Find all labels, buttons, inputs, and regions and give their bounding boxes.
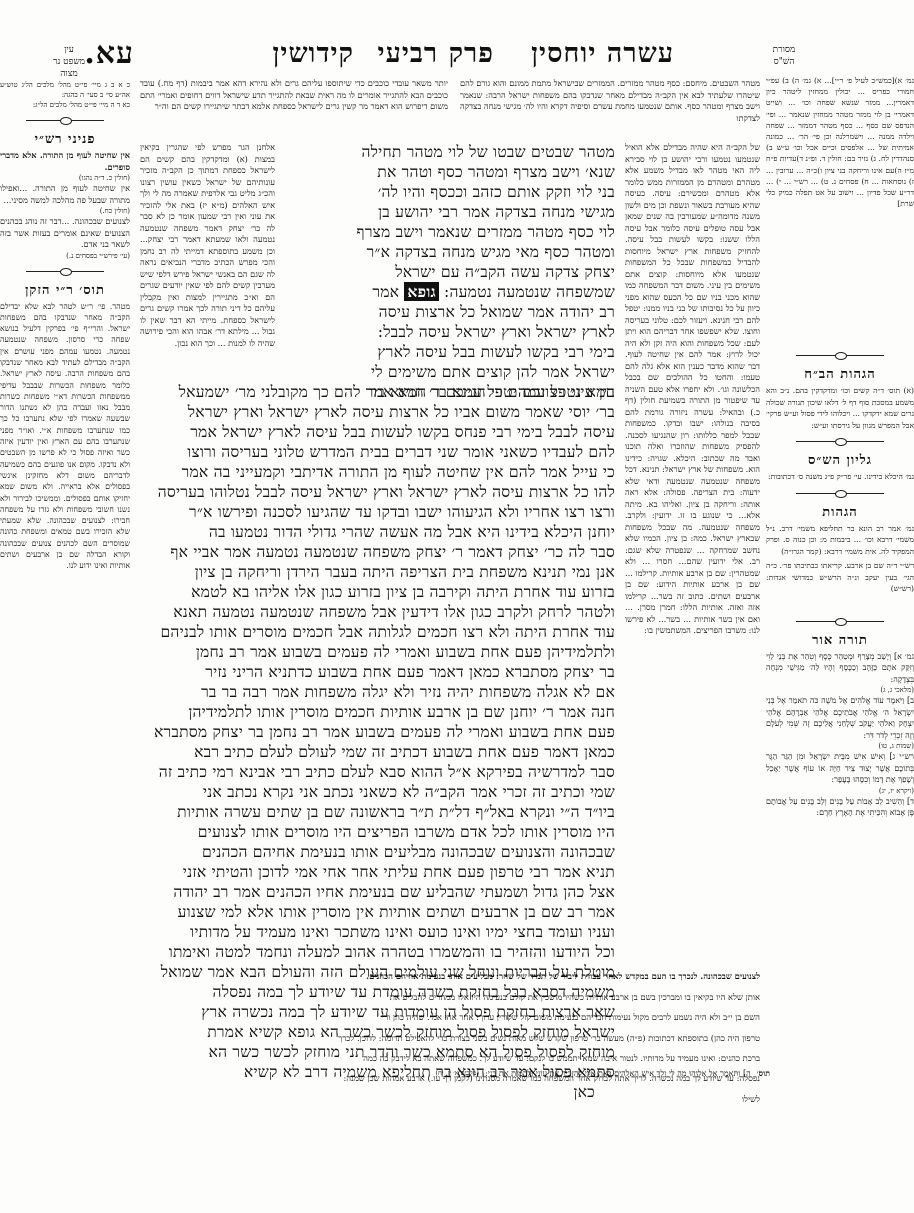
gemara-line: להו כל ארצות עיסה לארץ ישראל וארץ ישראל …	[140, 482, 615, 502]
tosafot-column: אלחנן הגר מפרש לפי שהגרין בקיאין במצות (…	[140, 142, 275, 362]
footer-verse: תוס׳ ה] וַתֹּאמֶר אֶל אֵלִיָּהוּ מַה לִּ…	[170, 1068, 770, 1079]
gemara-line: בני לוי וזקק אותם כזהב וככסף והיו לה׳	[285, 182, 615, 202]
gemara-text: אמר	[372, 283, 399, 301]
rashi-column: של הקב״ה היא שהיה מבדילם אלא הואיל שנטמע…	[625, 142, 760, 942]
right-margin: גמ׳ א)[כמש״כ לעיל פ׳ ר״י]... א) גמ׳ ה) ב…	[766, 75, 914, 819]
masoret-hashas-text: גמ׳ א)[כמש״כ לעיל פ׳ ר״י]... א) גמ׳ ה) ב…	[766, 75, 914, 345]
gemara-line: כי עייל אמר להם אין שחיטה לעוף מן התורה …	[140, 462, 615, 482]
gemara-line: להם לעבדיו כשאני אומר שני דברים בבית המד…	[140, 442, 615, 462]
gilyon-hashas-title: גליון הש״ס	[766, 452, 914, 468]
ornament-divider	[766, 617, 914, 626]
gemara-line: וכל היודעו והזהיר בו והמשמרו בטהרה אהוב …	[140, 942, 615, 962]
tosafot-rid-title: תוס׳ ר״י הזקן	[0, 282, 130, 298]
gemara-line: ורצו רצו אחריו ולא הגיעוהו ישבו ובדקו עד…	[140, 502, 615, 522]
hagahot-text: גמ׳ אמר רב הונא בר תחליפא משמי׳ דרב. נ״ל…	[766, 523, 914, 558]
gemara-line: מגישי מנחה בצדקה אמר רבי יהושע בן	[285, 202, 615, 222]
pnei-rashi-source: (חולין כ. ד״ה נהגו)	[0, 173, 130, 183]
pnei-rashi-source: (חולין כח.)	[0, 206, 130, 216]
hagahot-habach-text: (א) תוס׳ ד״ה קשים וכו׳ ומדקדקין בהם. נ״ב…	[766, 385, 914, 431]
rashi-line: טרפון היה כהן) בתוספתא דכתובות (פ״ה) מעש…	[140, 1032, 760, 1044]
gemara-line: חנה אמר ר׳ יוחנן שם בן ארבע אותיות חכמים…	[140, 702, 615, 722]
gemara-line: בר יצחק מסתברא כמאן דאמר פעם אחת בשבוע כ…	[140, 662, 615, 682]
torah-or-title: תורה אור	[766, 632, 914, 648]
pnei-rashi-title: פניני רש״י	[0, 131, 130, 147]
gemara-line: אצל כהן גדול ושמעתי שהבליע שם בנעימת אחי…	[140, 882, 615, 902]
gemara-line: שנא׳ וישב מצרף ומטהר כסף וטהר את	[285, 162, 615, 182]
gemara-line: ומטהר כסף מאי מגיש מנחה בצדקה א״ר	[285, 242, 615, 262]
tosafot-rid-text: מטהר. פי׳ ר״ש לטהר לבא שלא יבדילם הקב״ה …	[0, 301, 130, 572]
gemara-line: אם לא אגלה משפחות יהיה נזיר ולא יגלה משפ…	[140, 682, 615, 702]
gemara-line: שמשפחה שנטמעה נטמעה: גופא אמר	[285, 282, 615, 302]
rashi-bottom: לצנועים שבכהונה. לנכרך בו העם במקדש לאחר…	[140, 962, 760, 1113]
ornament-divider	[0, 267, 130, 276]
gemara-line: רב יהודה אמר שמואל כל ארצות עיסה	[285, 302, 615, 322]
folio-number: עא.	[84, 38, 134, 70]
gemara-line: ולטהר לרחק ולקרב כגון אלו דידעין אבל משפ…	[140, 602, 615, 622]
footer-text: ה] וַתֹּאמֶר אֶל אֵלִיָּהוּ מַה לִּי וָל…	[485, 1068, 751, 1079]
pnei-rashi-entry: לצנועים שבכהונה. ...דבר זה נוהג בכהנים ה…	[0, 216, 130, 251]
rashi-line: לצנועים שבכהונה. לנכרך בו העם במקדש לאחר…	[140, 970, 760, 982]
gemara-line: פעם אחת בשבוע ואמרי לה פעמים בשבוע אמר ר…	[140, 722, 615, 742]
gemara-line: לארץ ישראל וארץ ישראל עיסה לבבל:	[285, 322, 615, 342]
gemara-line: בימי רבי בקשו לעשות בבל עיסה לארץ	[285, 342, 615, 362]
ornament-divider	[766, 489, 914, 498]
gemara-line: שמי וכתיב זה זכרי אמר הקב״ה לא כשאני נכת…	[140, 782, 615, 802]
rashi-top: מטהר השבטים. מיחסם: כסף מטהר ממזרים. הממ…	[460, 78, 760, 124]
torah-or-source: (ויקרא יז, יג)	[766, 786, 914, 796]
gemara-line: ועניו ועומד בחצי ימיו ואינו כועס ואינו מ…	[140, 922, 615, 942]
gemara-line: אמר רב שם בן ארבעים ושתים אותיות אין מוס…	[140, 902, 615, 922]
gemara-line: אנן נמי תנינא משפחת בית הצריפה היתה בעבר…	[140, 562, 615, 582]
pnei-rashi-entry: אין שחיטה לעוף מן התורה. ...ואפילו מתורה…	[0, 183, 130, 206]
gemara-line: ביו״ד ה״י ונקרא באל״ף דל״ת ת״ר בראשונה ש…	[140, 802, 615, 822]
gemara-line: יצחק צדקה עשה הקב״ה עם ישראל	[285, 262, 615, 282]
rashi-line: לשילו	[140, 1093, 760, 1105]
gemara-line: כמאן דאמר פעם אחת בשבוע דכתיב זה שמי לעו…	[140, 742, 615, 762]
gemara-line: ולתלמידיהן פעם אחת בשבוע ואמרי לה פעמים …	[140, 642, 615, 662]
ein-mishpat-entry: כ א ב ג מיי׳ פי״ט מהל׳ מלכים הל׳ג טוש״ע …	[0, 80, 130, 100]
torah-or-entry: רש״י ג] וְאִישׁ אִישׁ מִבֵּית יִשְׂרָאֵל…	[766, 751, 914, 786]
gemara-line: סבר למדרשיה בפירקא א״ל ההוא סבא לעלם כתי…	[140, 762, 615, 782]
ornament-divider	[0, 116, 130, 125]
gilyon-hashas-text: גמ׳ היכלא בידינו. עי׳ פר״ק פ״ג משנה ס׳ ד…	[766, 471, 914, 483]
rashi-line: ברכת כהנים: ואינו מעמיד על מדותיו. לנטור…	[140, 1052, 760, 1064]
gemara-line: חמא נטפל עמהם ר׳ חנינא בר חמא אמר להם כך…	[140, 382, 615, 402]
left-margin: כ א ב ג מיי׳ פי״ט מהל׳ מלכים הל׳ג טוש״ע …	[0, 80, 130, 572]
ein-mishpat-label: עין משפט נר מצוה	[52, 44, 86, 80]
gemara-narrow: מטהר שבטים שבטו של לוי מטהר תחילה שנא׳ ו…	[285, 142, 615, 402]
gemara-line: סבר לה כר׳ יצחק דאמר ר׳ יצחק משפחה שנטמע…	[140, 542, 615, 562]
gemara-line: תניא אמר רבי טרפון פעם אחת עליתי אחר אחי…	[140, 862, 615, 882]
gemara-line: ישראל אמר להן קוצים אתם משימים לי	[285, 362, 615, 382]
gemara-line: היו מוסרין אותו לכל אדם משרבו הפריצים הי…	[140, 822, 615, 842]
gemara-line: יוחנן היכלא בידינו היא אבל מה אעשה שהרי …	[140, 522, 615, 542]
torah-or-entry: ב] וַיֹּאמֶר עוֹד אֱלֹהִים אֶל מֹשֶׁה כֹ…	[766, 695, 914, 741]
footer-source: (מלכים א׳ יז, יח)	[435, 1068, 479, 1079]
hagahot-text-2: רש״י ד״ה שם בן ארבע. קריאתו כבתיבתו פר׳.…	[766, 560, 914, 595]
gemara-line: בר׳ יוסי שאמר משום אביו כל ארצות עיסה לא…	[140, 402, 615, 422]
pnei-rashi-source: (עי׳ פירש״י בפסחים נ.)	[0, 251, 130, 261]
ornament-divider	[766, 437, 914, 446]
chapter-name: עשרה יוחסין	[531, 38, 674, 70]
gemara-line: בזרוע עוד אחרת היתה וקירבה בן ציון בזרוע…	[140, 582, 615, 602]
hagahot-title: הגהות	[766, 504, 914, 520]
masoret-hashas-label: מסורת השׁ"ס	[764, 44, 804, 68]
hagahot-habach-title: הגהות הב״ח	[766, 366, 914, 382]
gemara-line: עיסה לבבל בימי רבי פנחס בקשו לעשות בבל ע…	[140, 422, 615, 442]
torah-or-entry: ד] וְהֵשִׁיב לֵב אָבוֹת עַל בָּנִים וְלֵ…	[766, 796, 914, 819]
gemara-text: שמשפחה שנטמעה נטמעה:	[444, 283, 615, 301]
ein-mishpat-entry: כא ד ה מיי׳ פי״ט מהל׳ מלכים הל״ג:	[0, 100, 130, 110]
ornament-divider	[766, 351, 914, 360]
gemara-line: מטהר שבטים שבטו של לוי מטהר תחילה	[285, 142, 615, 162]
gemara-line: עוד אחרת היתה ולא רצו חכמים לגלותה אבל ח…	[140, 622, 615, 642]
tosafot-top: יותר משאר עובדי כוכבים כדי שיתוספו עליהם…	[140, 78, 448, 113]
gemara-line: שבכהונה והצנועים שבכהונה מבליעים אותו בנ…	[140, 842, 615, 862]
rashi-line: השם בן י״ב ולא היה נשמע לרבים מקול נעימו…	[140, 1011, 760, 1023]
chapter-number: פרק רביעי	[377, 38, 494, 70]
footer-label: תוס׳	[757, 1068, 770, 1079]
torah-or-entry: גמ׳ א] וְיָשַׁב מְצָרֵף וּמְטַהֵר כֶּסֶף…	[766, 651, 914, 686]
pnei-rashi-entry: אין שחיטה לעוף מן התורה. אלא מדברי סופרי…	[0, 150, 130, 173]
torah-or-source: (שמות ג, טו)	[766, 741, 914, 751]
gemara-line: לוי כסף מטהר ממזרים שנאמר וישב מצרף	[285, 222, 615, 242]
gufa-heading-tag: גופא	[404, 282, 438, 301]
torah-or-source: (מלאכי ג, ג)	[766, 685, 914, 695]
tractate-name: קידושין	[272, 38, 354, 70]
rashi-line: אותן שלא היו בקיאין בו ומברכין בשם בן אר…	[140, 991, 760, 1003]
